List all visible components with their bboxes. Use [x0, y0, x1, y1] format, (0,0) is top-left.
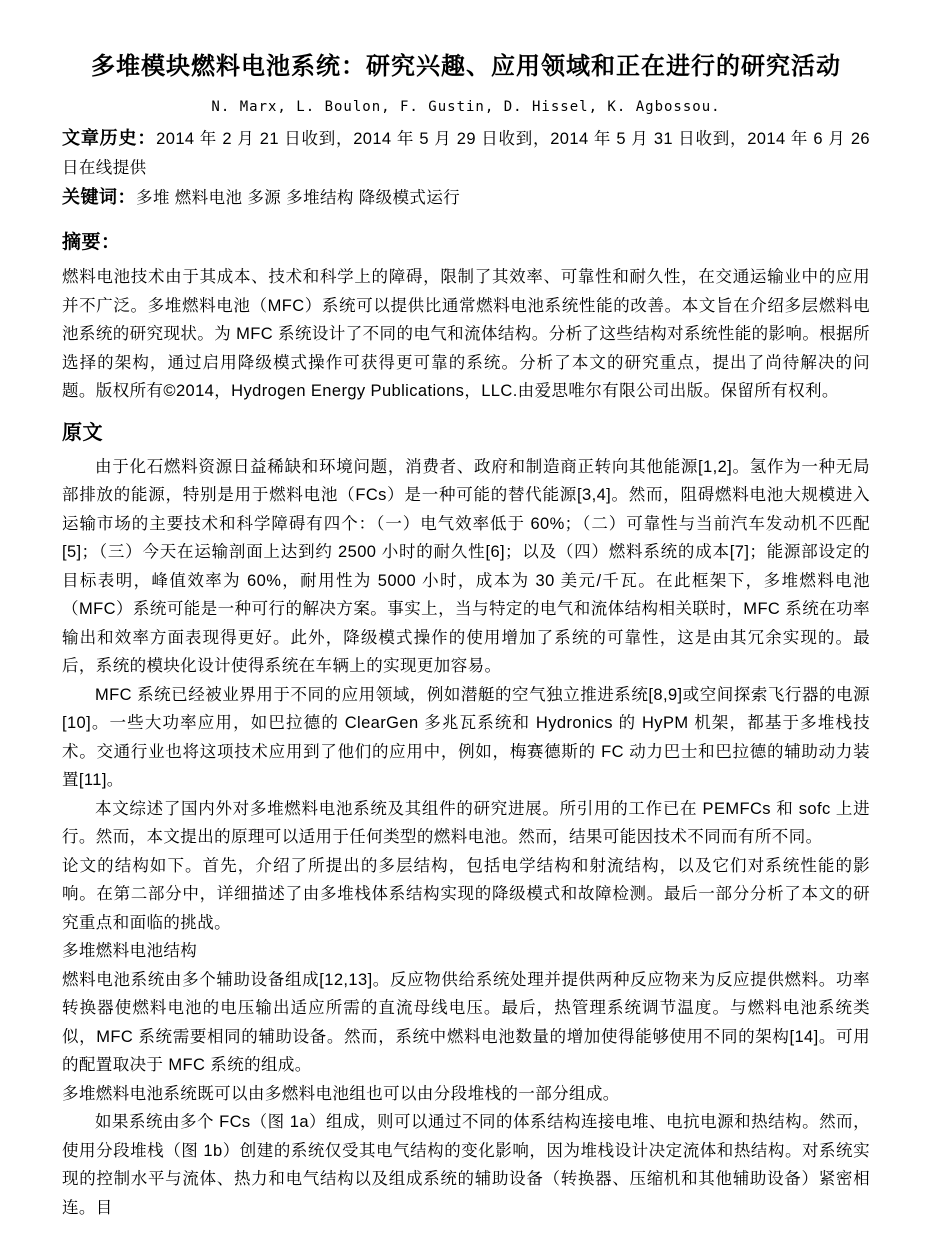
paragraph-auxiliary-equipment: 燃料电池系统由多个辅助设备组成[12,13]。反应物供给系统处理并提供两种反应物…	[62, 966, 870, 1080]
document-page: 多堆模块燃料电池系统：研究兴趣、应用领域和正在进行的研究活动 N. Marx, …	[0, 0, 926, 1235]
paragraph-applications: MFC 系统已经被业界用于不同的应用领域，例如潜艇的空气独立推进系统[8,9]或…	[62, 681, 870, 795]
paragraph-system-composition: 多堆燃料电池系统既可以由多燃料电池组也可以由分段堆栈的一部分组成。	[62, 1080, 870, 1109]
abstract-heading: 摘要：	[62, 228, 870, 258]
abstract-text: 燃料电池技术由于其成本、技术和科学上的障碍，限制了其效率、可靠性和耐久性，在交通…	[62, 263, 870, 406]
paragraph-structure-outline: 论文的结构如下。首先，介绍了所提出的多层结构，包括电学结构和射流结构，以及它们对…	[62, 852, 870, 938]
article-history-line: 文章历史：2014 年 2 月 21 日收到，2014 年 5 月 29 日收到…	[62, 124, 870, 183]
keywords-text: 多堆 燃料电池 多源 多堆结构 降级模式运行	[136, 189, 460, 207]
original-text-heading: 原文	[62, 418, 870, 448]
paragraph-multiple-fcs: 如果系统由多个 FCs（图 1a）组成，则可以通过不同的体系结构连接电堆、电抗电…	[62, 1108, 870, 1222]
paragraph-review-scope: 本文综述了国内外对多堆燃料电池系统及其组件的研究进展。所引用的工作已在 PEMF…	[62, 795, 870, 852]
article-history-label: 文章历史：	[62, 128, 156, 148]
paragraph-intro: 由于化石燃料资源日益稀缺和环境问题，消费者、政府和制造商正转向其他能源[1,2]…	[62, 453, 870, 681]
keywords-line: 关键词：多堆 燃料电池 多源 多堆结构 降级模式运行	[62, 183, 870, 213]
subsection-heading-mfc-architecture: 多堆燃料电池结构	[62, 937, 870, 966]
paper-title: 多堆模块燃料电池系统：研究兴趣、应用领域和正在进行的研究活动	[62, 50, 870, 84]
keywords-label: 关键词：	[62, 187, 136, 207]
article-history-text: 2014 年 2 月 21 日收到，2014 年 5 月 29 日收到，2014…	[62, 130, 870, 177]
authors-line: N. Marx, L. Boulon, F. Gustin, D. Hissel…	[62, 96, 870, 118]
